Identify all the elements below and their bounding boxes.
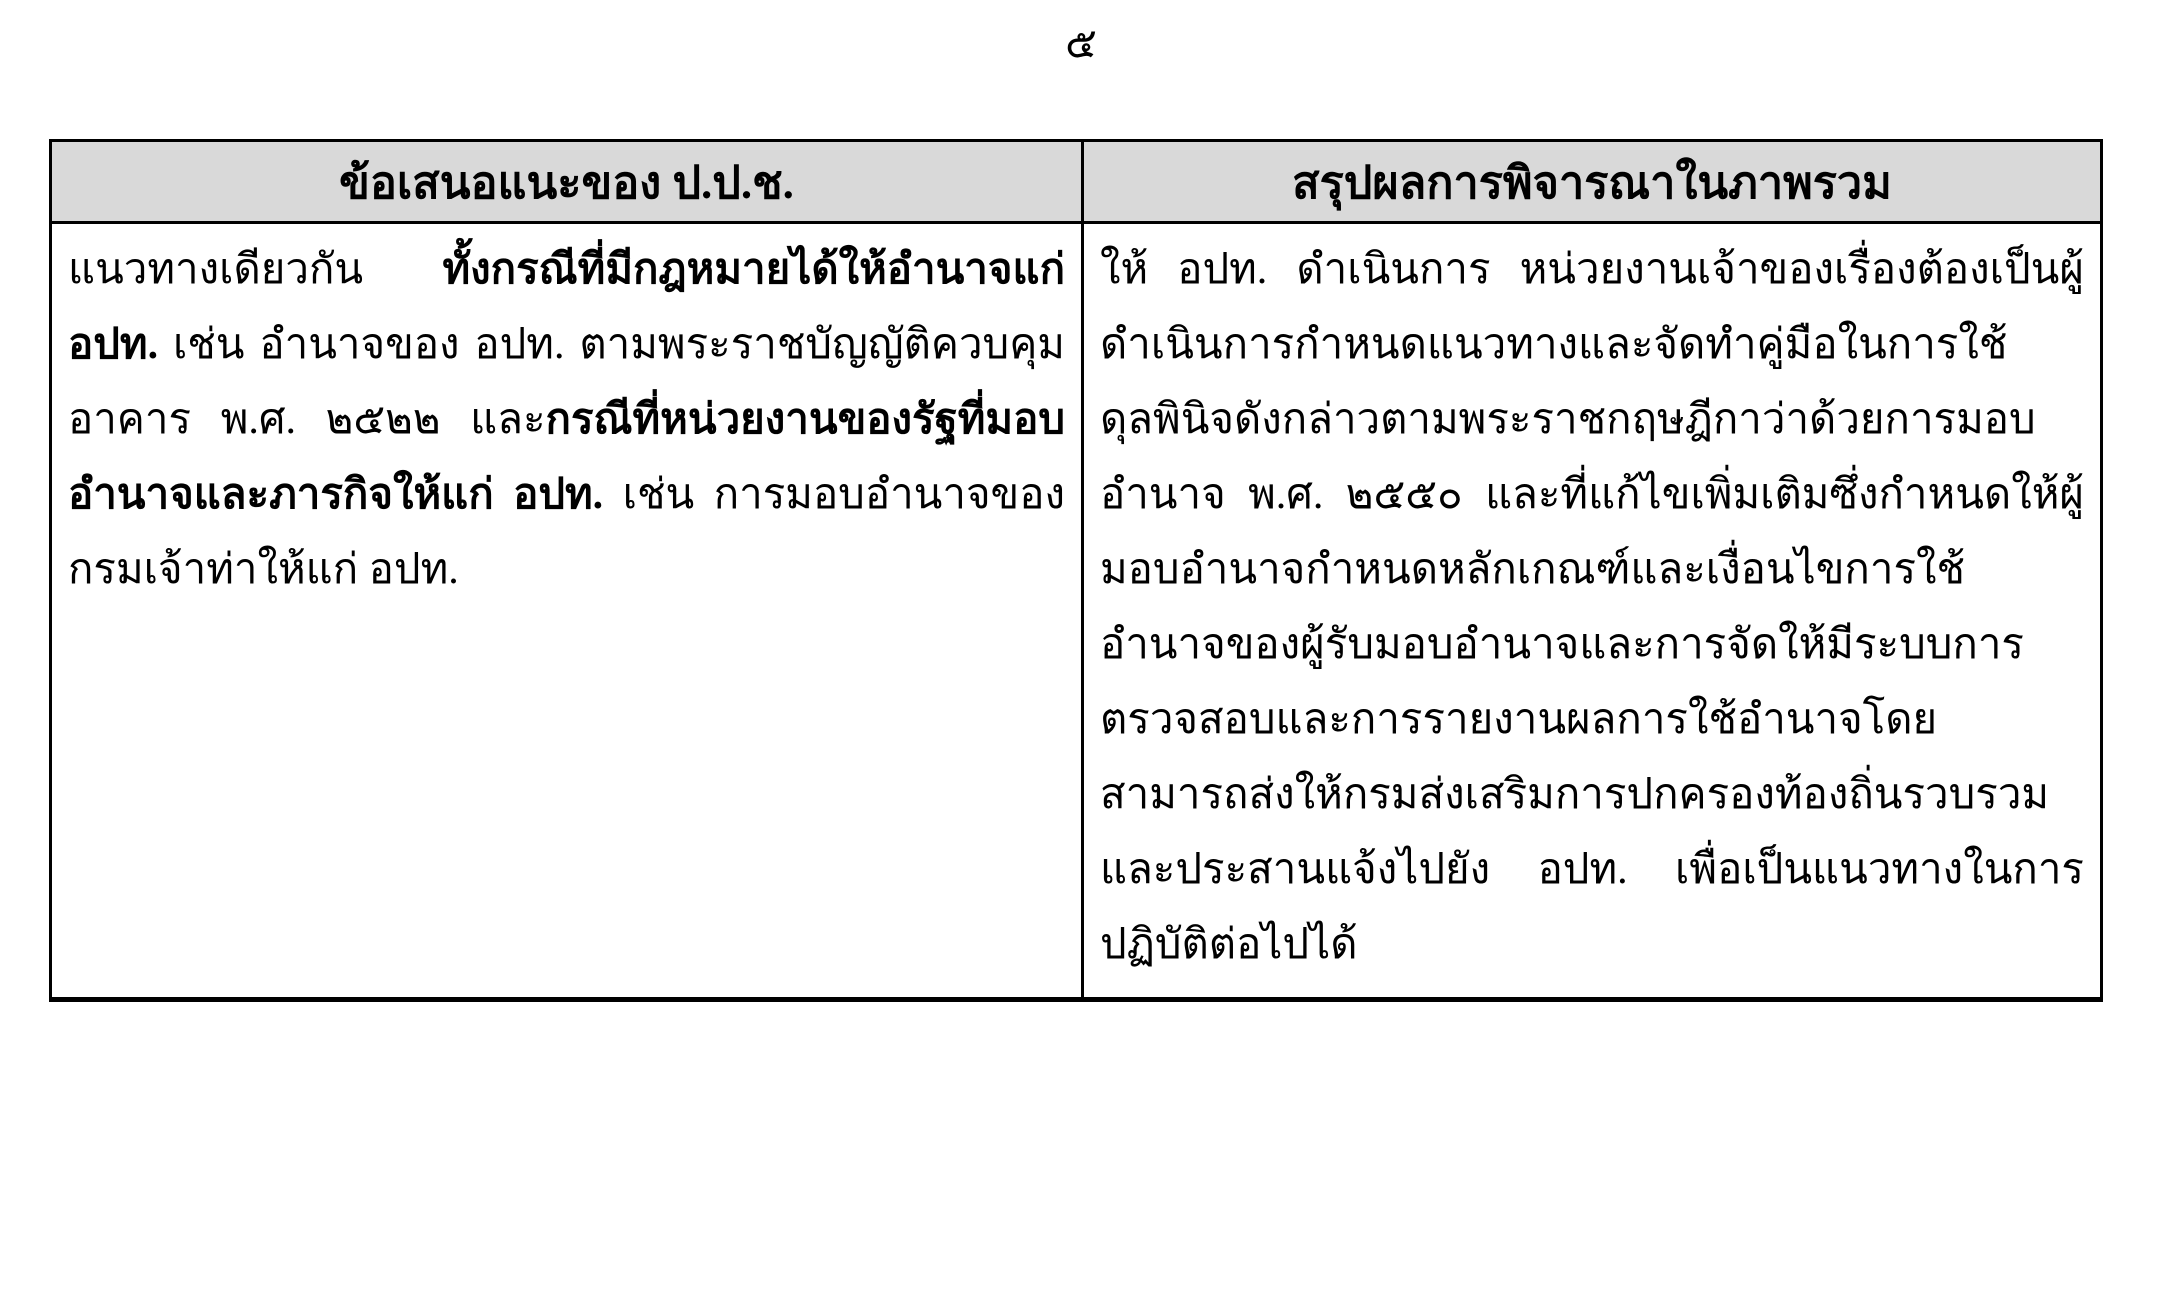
page-number: ๕: [0, 18, 2162, 70]
header-cell-recommendations: ข้อเสนอแนะของ ป.ป.ช.: [51, 141, 1083, 223]
table-body-row: แนวทางเดียวกัน ทั้งกรณีที่มีกฎหมายได้ให้…: [51, 223, 2102, 1000]
table-header-row: ข้อเสนอแนะของ ป.ป.ช. สรุปผลการพิจารณาในภ…: [51, 141, 2102, 223]
cell-recommendations: แนวทางเดียวกัน ทั้งกรณีที่มีกฎหมายได้ให้…: [51, 223, 1083, 1000]
recommendation-segment: แนวทางเดียวกัน: [68, 247, 442, 293]
cell-summary: ให้ อปท. ดำเนินการ หน่วยงานเจ้าของเรื่อง…: [1083, 223, 2102, 1000]
review-table: ข้อเสนอแนะของ ป.ป.ช. สรุปผลการพิจารณาในภ…: [49, 139, 2103, 1002]
header-cell-summary: สรุปผลการพิจารณาในภาพรวม: [1083, 141, 2102, 223]
document-page: ๕ ข้อเสนอแนะของ ป.ป.ช. สรุปผลการพิจารณาใ…: [0, 0, 2162, 1303]
summary-text: ให้ อปท. ดำเนินการ หน่วยงานเจ้าของเรื่อง…: [1100, 247, 2084, 968]
